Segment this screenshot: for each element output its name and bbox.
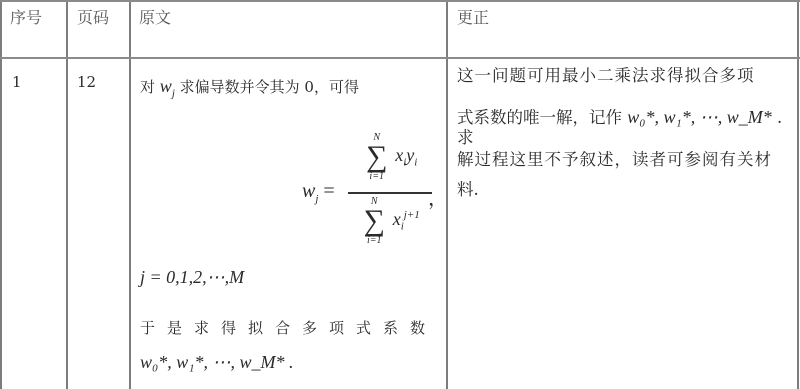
- header-correction: 更正: [457, 8, 489, 28]
- original-line-3: 于是求得拟合多项式系数: [140, 318, 437, 338]
- correction-line-3: 解过程这里不予叙述，读者可参阅有关材: [457, 150, 772, 170]
- correction-line-2: 式系数的唯一解，记作 w₀*, w₁*, ⋯, w_M* . 求: [457, 107, 800, 148]
- correction-line-1: 这一问题可用最小二乘法求得拟合多项: [457, 66, 755, 86]
- errata-table: 序号 页码 原文 更正 1 12 对 wj 求偏导数并令其为 0，可得 wj =…: [0, 0, 800, 389]
- header-index: 序号: [10, 8, 42, 28]
- original-range-line: j = 0,1,2,⋯,M: [140, 267, 244, 287]
- header-page: 页码: [77, 8, 109, 28]
- row-border: [0, 0, 800, 2]
- original-line-1: 对 wj 求偏导数并令其为 0，可得: [140, 76, 359, 104]
- var-w: wj: [160, 76, 175, 96]
- row-page: 12: [77, 72, 96, 92]
- denominator: N∑i=1 xij+1: [350, 196, 430, 246]
- header-original: 原文: [139, 8, 171, 28]
- correction-line-4: 料.: [457, 180, 479, 200]
- row-border: [0, 57, 800, 59]
- row-index: 1: [12, 72, 22, 92]
- original-line-4: w₀*, w₁*, ⋯, w_M* .: [140, 352, 294, 372]
- fraction-bar: [348, 192, 432, 194]
- formula-wj: wj = N∑i=1 xiyi N∑i=1 xij+1 ，: [302, 132, 452, 257]
- numerator: N∑i=1 xiyi: [350, 132, 430, 182]
